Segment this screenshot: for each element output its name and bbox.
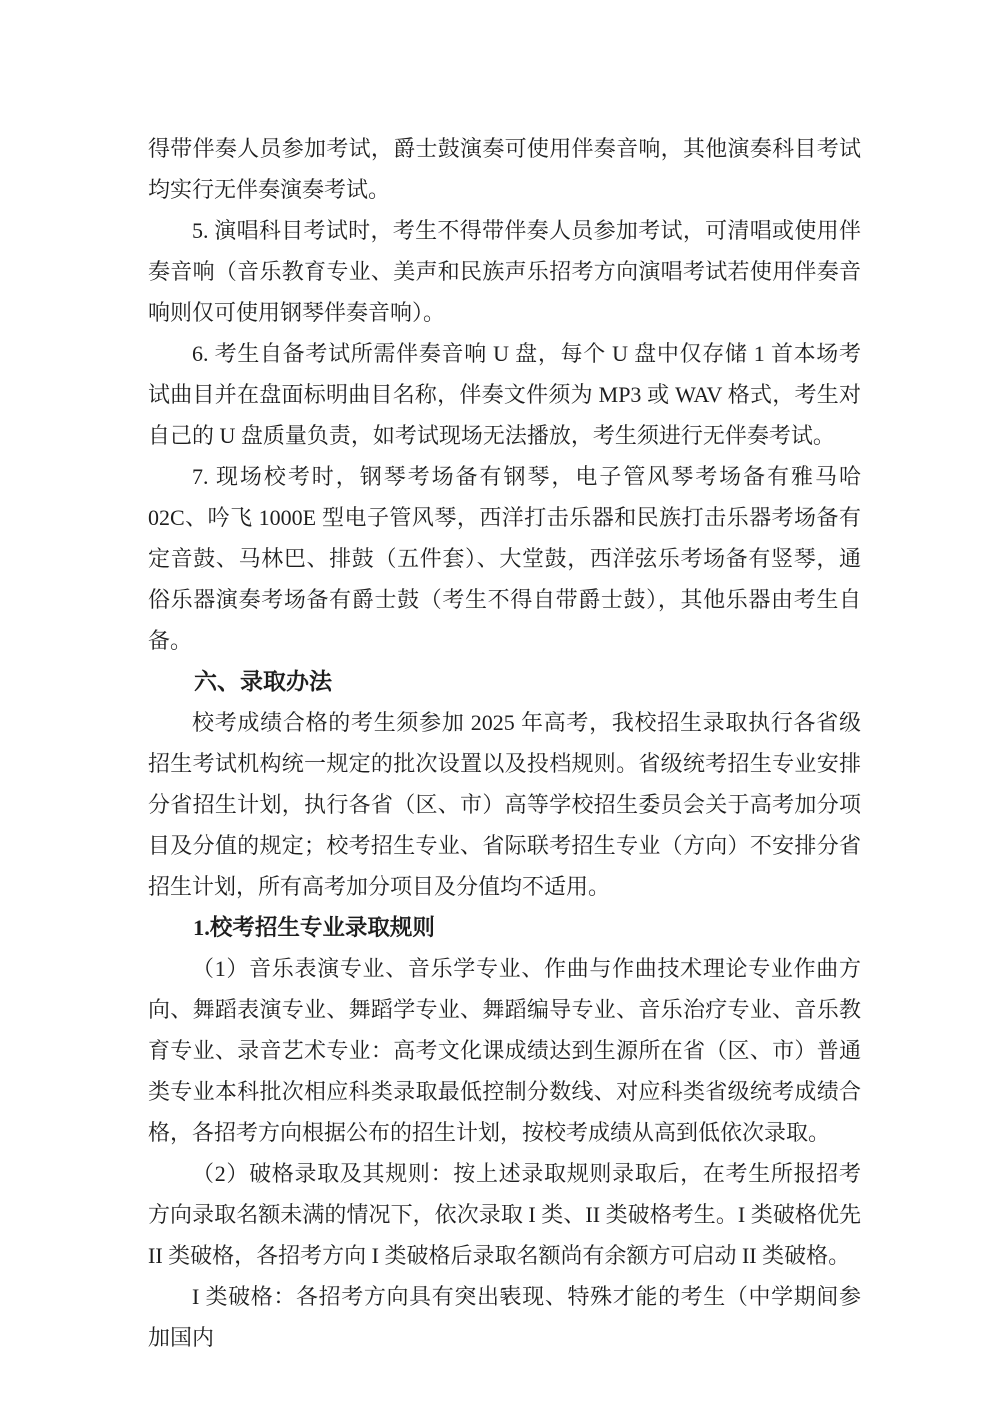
text-paragraph: 6. 考生自备考试所需伴奏音响 U 盘，每个 U 盘中仅存储 1 首本场考试曲目… [148,333,861,456]
text-paragraph: （2）破格录取及其规则：按上述录取规则录取后，在考生所报招考方向录取名额未满的情… [148,1153,861,1276]
document-page: 得带伴奏人员参加考试，爵士鼓演奏可使用伴奏音响，其他演奏科目考试均实行无伴奏演奏… [0,0,1007,1422]
subsection-heading: 1.校考招生专业录取规则 [148,907,861,948]
section-heading: 六、录取办法 [148,661,861,702]
text-paragraph: 5. 演唱科目考试时，考生不得带伴奏人员参加考试，可清唱或使用伴奏音响（音乐教育… [148,210,861,333]
text-paragraph: 7. 现场校考时，钢琴考场备有钢琴，电子管风琴考场备有雅马哈 02C、吟飞 10… [148,456,861,661]
page-footer: 5 [0,1284,1007,1304]
text-paragraph: （1）音乐表演专业、音乐学专业、作曲与作曲技术理论专业作曲方向、舞蹈表演专业、舞… [148,948,861,1153]
document-body: 得带伴奏人员参加考试，爵士鼓演奏可使用伴奏音响，其他演奏科目考试均实行无伴奏演奏… [148,128,861,1358]
text-paragraph: 得带伴奏人员参加考试，爵士鼓演奏可使用伴奏音响，其他演奏科目考试均实行无伴奏演奏… [148,128,861,210]
page-number: 5 [500,1286,508,1302]
text-paragraph: 校考成绩合格的考生须参加 2025 年高考，我校招生录取执行各省级招生考试机构统… [148,702,861,907]
